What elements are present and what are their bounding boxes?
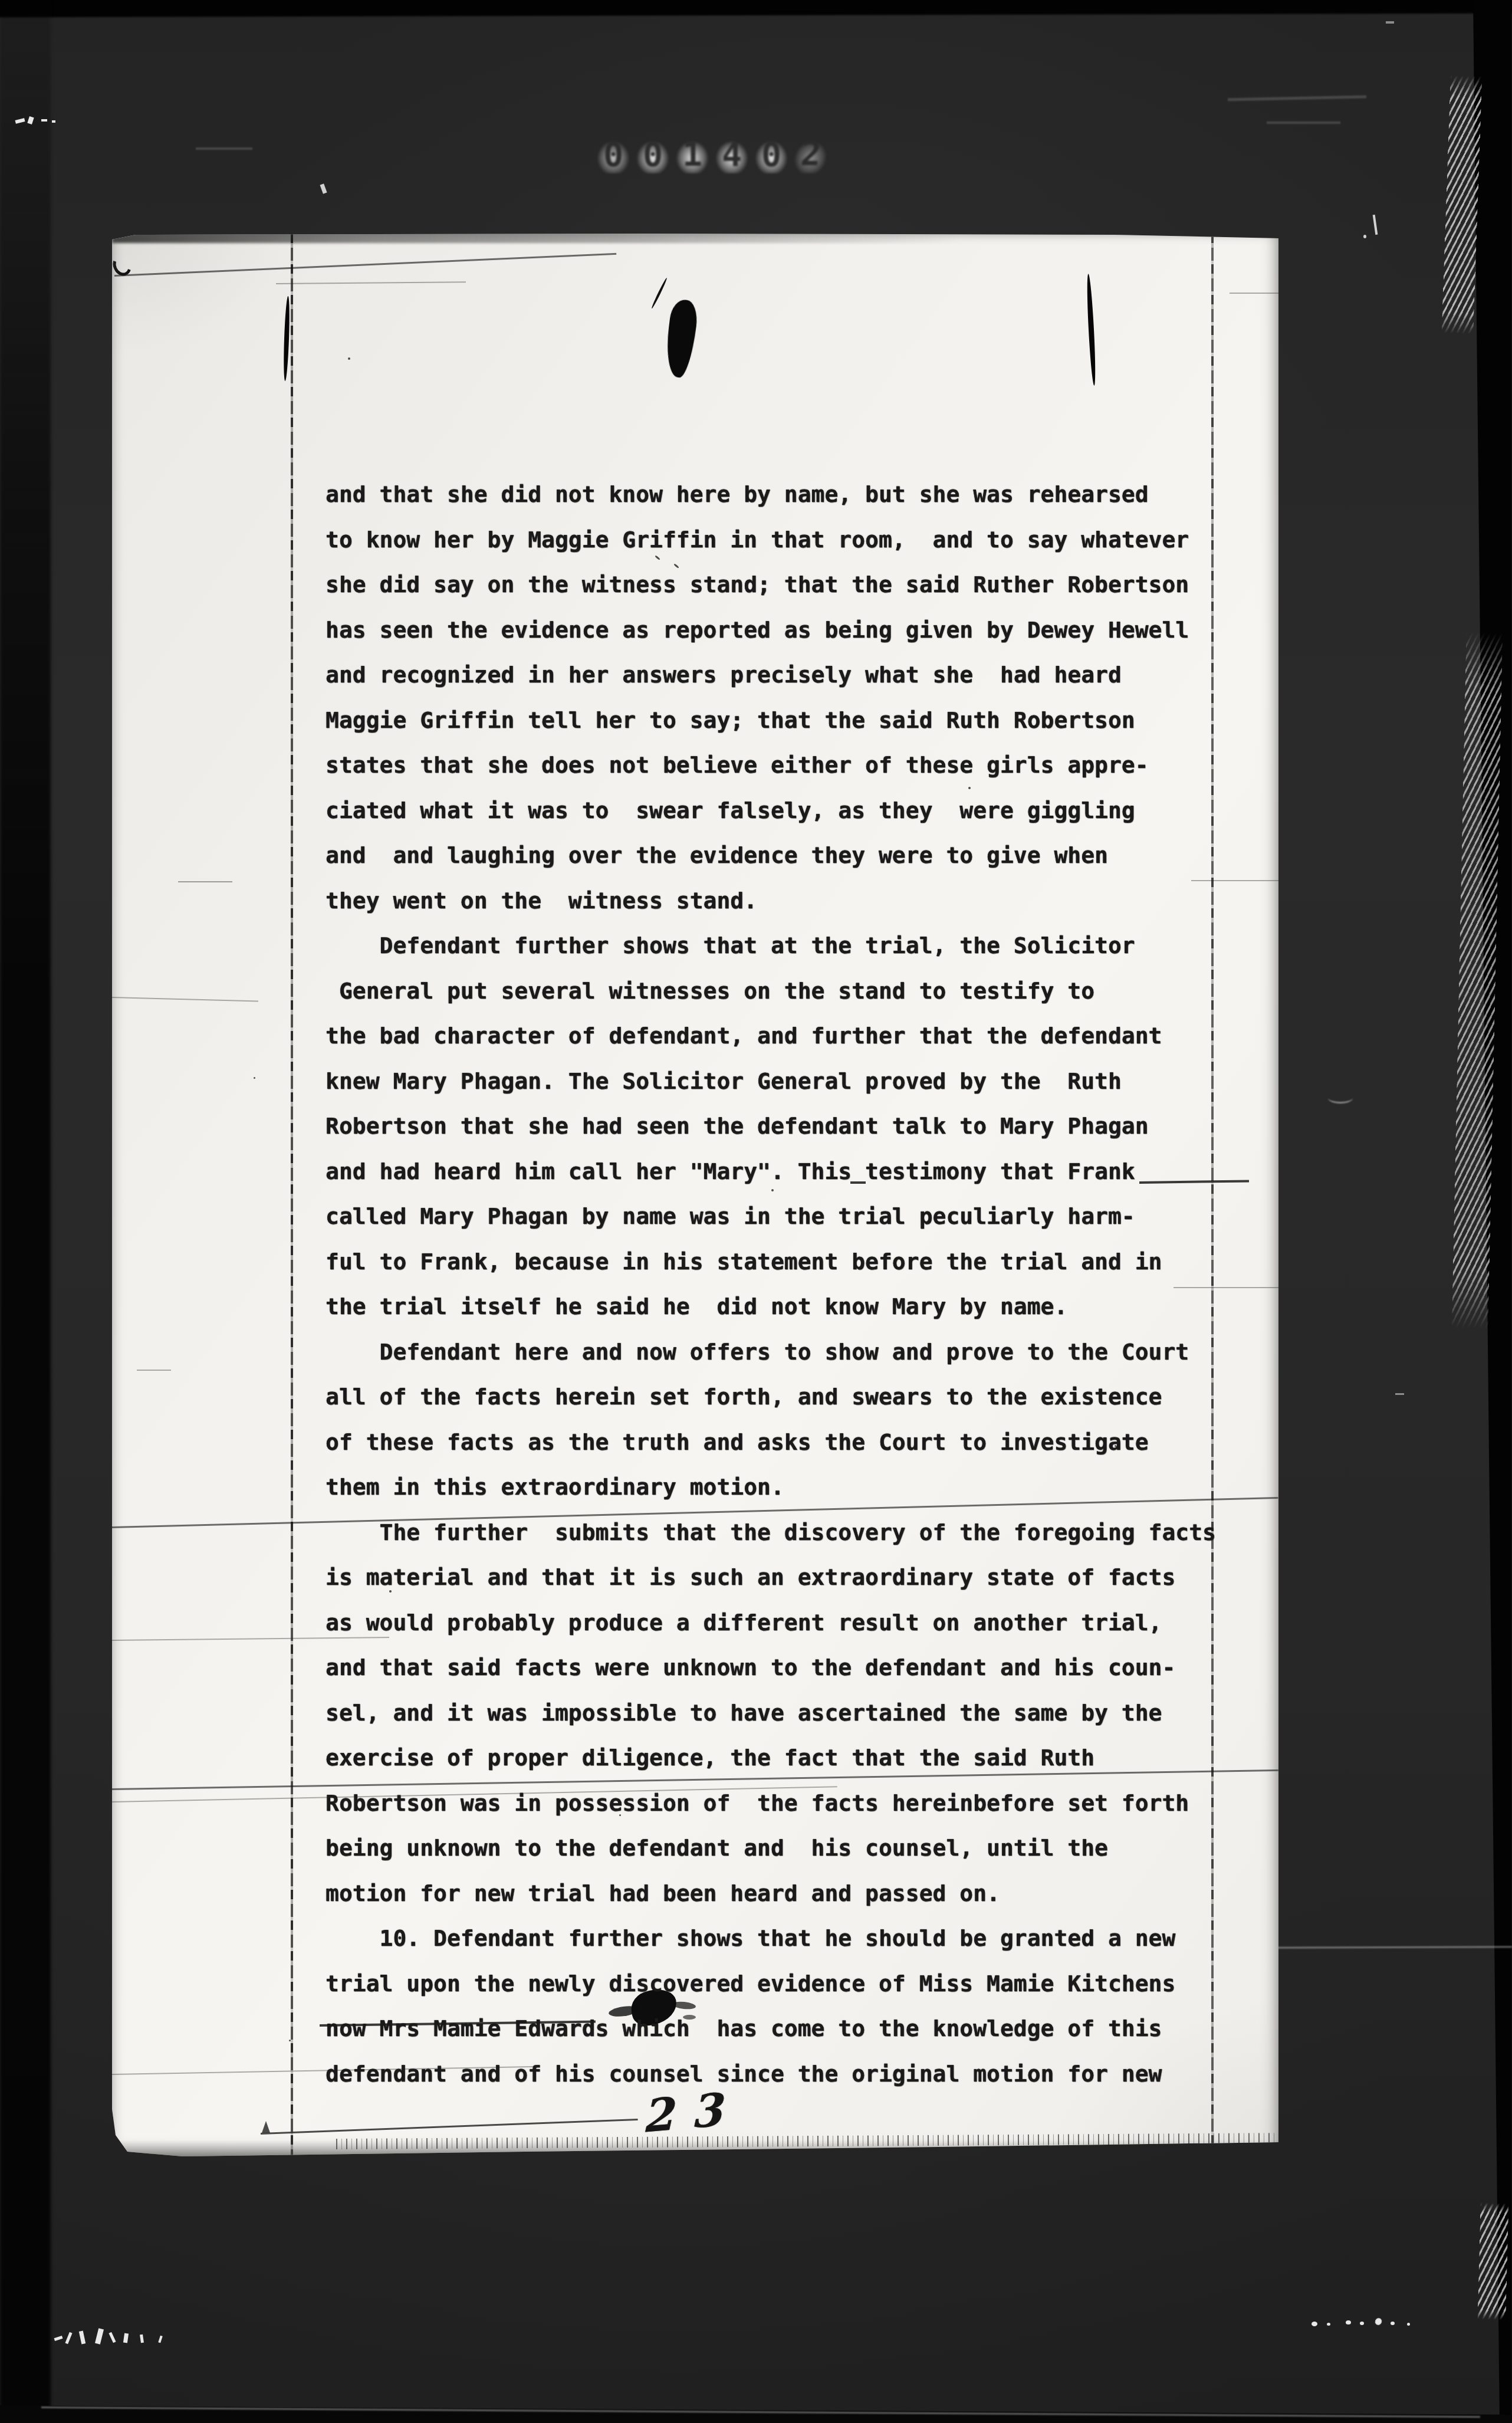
stamp-digit: 0 [755, 136, 788, 173]
film-mark [1346, 2320, 1351, 2324]
film-mark [1327, 2323, 1330, 2326]
stamp-digit: 0 [636, 136, 669, 173]
film-mark [140, 2335, 144, 2343]
ink-blot-tail [650, 277, 668, 309]
film-top-edge [0, 0, 1512, 17]
film-smudge [1228, 96, 1366, 101]
stamp-digit: 0 [597, 136, 630, 173]
stamp-digit: 2 [793, 136, 830, 173]
film-scratch-line [1277, 1946, 1512, 1948]
margin-dash [137, 1370, 171, 1371]
film-mark [52, 120, 55, 123]
document-line: now Mrs Mamie Edwards which has come to … [326, 2006, 1245, 2051]
film-mark [65, 2332, 72, 2344]
document-line: has seen the evidence as reported as bei… [326, 608, 1245, 653]
ink-blot [663, 298, 699, 379]
text-block: and that she did not know here by name, … [326, 472, 1245, 2096]
document-line: and that said facts were unknown to the … [326, 1645, 1245, 1690]
document-line: Defendant here and now offers to show an… [326, 1329, 1245, 1375]
handwritten-page-number: 23 [645, 2081, 744, 2142]
page-number-underline [261, 2119, 638, 2135]
film-mark [41, 119, 47, 122]
document-line: Defendant further shows that at the tria… [326, 923, 1245, 968]
film-mark [123, 2333, 129, 2343]
document-line: they went on the witness stand. [326, 878, 1245, 924]
film-mark [1407, 2323, 1410, 2326]
film-smudge [1267, 122, 1340, 124]
document-line: all of the facts herein set forth, and s… [326, 1374, 1245, 1420]
document-line: is material and that it is such an extra… [326, 1555, 1245, 1600]
microfilm-background: 001402 [0, 0, 1512, 2423]
page-crease [1230, 293, 1278, 294]
document-page: and that she did not know here by name, … [112, 234, 1278, 2158]
film-fleck [1373, 215, 1378, 235]
left-margin-rule [291, 234, 293, 2158]
document-line: states that she does not believe either … [326, 743, 1245, 788]
document-line: General put several witnesses on the sta… [326, 968, 1245, 1014]
document-line: sel, and it was impossible to have ascer… [326, 1690, 1245, 1736]
film-fleck [320, 183, 327, 193]
film-mark [54, 2336, 63, 2341]
page-speck [262, 2121, 270, 2133]
document-line: ciated what it was to swear falsely, as … [326, 788, 1245, 833]
document-line: Robertson that she had seen the defendan… [326, 1104, 1245, 1149]
pen-slit-mark [1086, 274, 1097, 386]
document-line: Robertson was in possession of the facts… [326, 1781, 1245, 1826]
film-mark [95, 2328, 104, 2344]
document-line: 10. Defendant further shows that he shou… [326, 1916, 1245, 1961]
document-line: as would probably produce a different re… [326, 1600, 1245, 1646]
page-crease [112, 997, 258, 1002]
document-line: she did say on the witness stand; that t… [326, 562, 1245, 608]
document-line: ful to Frank, because in his statement b… [326, 1239, 1245, 1285]
film-mark [1374, 2317, 1383, 2326]
document-line: the bad character of defendant, and furt… [326, 1013, 1245, 1059]
film-smudge [196, 147, 252, 150]
page-torn-top-edge [112, 232, 961, 243]
film-mark [15, 118, 25, 124]
document-line: and had heard him call her "Mary". This … [326, 1149, 1245, 1194]
pen-slit-mark [282, 296, 290, 381]
document-line: The further submits that the discovery o… [326, 1510, 1245, 1555]
film-fleck [1386, 21, 1394, 24]
stamp-digit: 1 [676, 136, 709, 173]
film-mark [1312, 2322, 1317, 2326]
film-mark [27, 116, 34, 124]
film-speckle-cluster [54, 2327, 181, 2351]
document-line: and recognized in her answers precisely … [326, 652, 1245, 698]
film-mark [1391, 2322, 1395, 2325]
film-fleck [1363, 235, 1366, 238]
page-crease [276, 281, 466, 284]
film-speckle-cluster [1312, 2318, 1415, 2329]
page-speck [348, 357, 350, 360]
document-line: defendant and of his counsel since the o… [326, 2051, 1245, 2097]
document-line: knew Mary Phagan. The Solicitor General … [326, 1059, 1245, 1104]
document-line: of these facts as the truth and asks the… [326, 1420, 1245, 1465]
document-line: the trial itself he said he did not know… [326, 1284, 1245, 1329]
document-line: trial upon the newly discovered evidence… [326, 1961, 1245, 2007]
document-line: called Mary Phagan by name was in the tr… [326, 1194, 1245, 1239]
film-scratch-arc [1328, 1092, 1353, 1104]
page-speck [289, 2040, 291, 2041]
stamp-digit: 4 [715, 136, 748, 173]
margin-dash [178, 881, 232, 882]
film-speckle-cluster [15, 114, 63, 126]
page-speck [254, 1077, 255, 1079]
document-line: them in this extraordinary motion. [326, 1465, 1245, 1510]
document-line: Maggie Griffin tell her to say; that the… [326, 698, 1245, 743]
document-line: being unknown to the defendant and his c… [326, 1826, 1245, 1871]
document-line: and and laughing over the evidence they … [326, 833, 1245, 878]
film-left-edge [0, 0, 51, 2423]
document-line: exercise of proper diligence, the fact t… [326, 1735, 1245, 1781]
film-fleck [1395, 1393, 1404, 1395]
document-line: motion for new trial had been heard and … [326, 1871, 1245, 1916]
film-mark [1360, 2322, 1364, 2325]
document-line: to know her by Maggie Griffin in that ro… [326, 517, 1245, 563]
film-mark [109, 2332, 116, 2343]
film-scratch-streak [1477, 2202, 1508, 2320]
frame-number-stamp: 001402 [597, 136, 827, 173]
film-mark [158, 2336, 163, 2343]
page-bottom-shadow [112, 2140, 1278, 2158]
film-mark [79, 2331, 86, 2345]
document-line: and that she did not know here by name, … [326, 472, 1245, 517]
page-crease [114, 253, 616, 277]
film-scratch-streak [1441, 75, 1482, 334]
